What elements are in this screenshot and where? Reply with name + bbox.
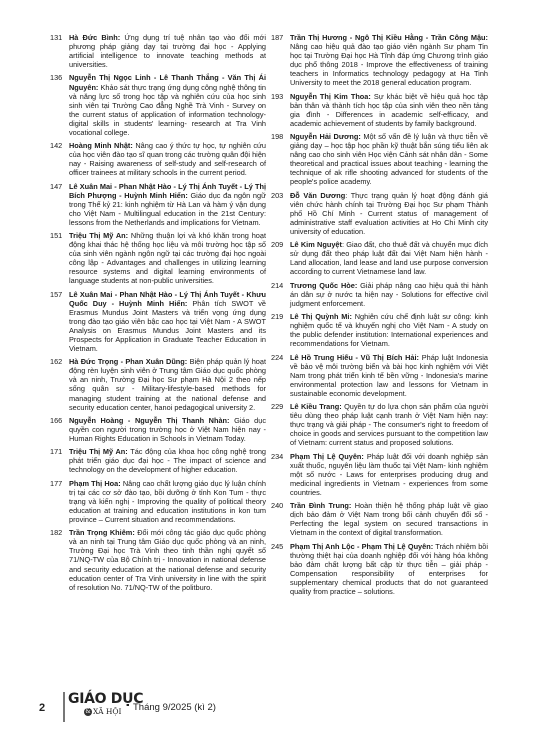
entry-title: Đổi mới công tác giáo dục quốc phòng và …	[69, 528, 266, 591]
toc-entry: 245Phạm Thị Anh Lộc - Phạm Thị Lệ Quyên:…	[271, 542, 488, 596]
entry-page-number: 214	[271, 281, 289, 290]
entry-title: Trách nhiệm bồi thường thiệt hại của doa…	[290, 542, 488, 596]
toc-entry: 240Trần Đình Trung: Hoàn thiện hệ thống …	[271, 501, 488, 537]
toc-entry: 131Hà Đức Bình: Ứng dụng trí tuệ nhân tạ…	[50, 33, 266, 69]
toc-entry: 219Lê Thị Quỳnh Mi: Nghiên cứu chế định …	[271, 312, 488, 348]
journal-page: 131Hà Đức Bình: Ứng dụng trí tuệ nhân tạ…	[0, 0, 534, 746]
journal-logo-subtitle: &XÃ HỘI	[84, 707, 122, 716]
journal-logo-title: GIÁO DỤC	[68, 691, 143, 707]
entry-page-number: 203	[271, 191, 289, 200]
entry-authors: Trương Quốc Hòe:	[290, 281, 357, 290]
toc-entry: 136Nguyễn Thị Ngọc Linh - Lê Thanh Thắng…	[50, 73, 266, 136]
toc-right-column: 187Trần Thị Hương - Ngô Thị Kiều Hằng - …	[271, 33, 488, 600]
entry-authors: Hà Đức Bình:	[69, 33, 120, 42]
entry-authors: Lê Kiều Trang:	[290, 402, 342, 411]
toc-entry: 142Hoàng Minh Nhật: Nâng cao ý thức tự h…	[50, 141, 266, 177]
entry-page-number: 209	[271, 240, 289, 249]
entry-page-number: 198	[271, 132, 289, 141]
page-number: 2	[39, 702, 45, 714]
toc-entry: 166Nguyễn Hoàng - Nguyễn Thị Thanh Nhàn:…	[50, 416, 266, 443]
entry-page-number: 136	[50, 73, 68, 82]
toc-entry: 214Trương Quốc Hòe: Giải pháp nâng cao h…	[271, 281, 488, 308]
entry-page-number: 162	[50, 357, 68, 366]
entry-authors: Nguyễn Hải Dương:	[290, 132, 361, 141]
entry-authors: Trần Đình Trung:	[290, 501, 351, 510]
entry-title: Biện pháp quản lý hoạt động rèn luyện si…	[69, 357, 266, 411]
entry-title: Phân tích SWOT về Erasmus Mundus Joint M…	[69, 299, 266, 353]
toc-entry: 234Phạm Thị Lệ Quyên: Pháp luật đối với …	[271, 452, 488, 497]
toc-entry: 229Lê Kiều Trang: Quyền tự do lựa chọn s…	[271, 402, 488, 447]
toc-left-column: 131Hà Đức Bình: Ứng dụng trí tuệ nhân tạ…	[50, 33, 266, 596]
entry-authors: Lê Thị Quỳnh Mi:	[290, 312, 352, 321]
toc-entry: 171Triệu Thị Mỹ An: Tác động của khoa họ…	[50, 447, 266, 474]
toc-entry: 198Nguyễn Hải Dương: Một số vấn đề lý lu…	[271, 132, 488, 186]
toc-entry: 187Trần Thị Hương - Ngô Thị Kiều Hằng - …	[271, 33, 488, 87]
entry-page-number: 240	[271, 501, 289, 510]
entry-authors: Hoàng Minh Nhật:	[69, 141, 133, 150]
ampersand-icon: &	[84, 708, 92, 716]
entry-authors: Đỗ Văn Dương	[290, 191, 345, 200]
toc-entry: 182Trần Trọng Khiêm: Đổi mới công tác gi…	[50, 528, 266, 591]
footer-divider	[63, 692, 65, 722]
entry-authors: Lê Kim Nguyệt	[290, 240, 342, 249]
entry-page-number: 234	[271, 452, 289, 461]
entry-page-number: 182	[50, 528, 68, 537]
entry-authors: Phạm Thị Lệ Quyên:	[290, 452, 364, 461]
entry-page-number: 224	[271, 353, 289, 362]
toc-entry: 157Lê Xuân Mai - Phan Nhật Hào - Lý Thị …	[50, 290, 266, 353]
entry-title: Những thuận lợi và khó khăn trong hoạt đ…	[69, 231, 266, 285]
entry-page-number: 245	[271, 542, 289, 551]
entry-authors: Triệu Thị Mỹ An:	[69, 447, 128, 456]
entry-title: Khảo sát thực trạng ứng dụng công nghệ t…	[69, 83, 266, 137]
entry-page-number: 187	[271, 33, 289, 42]
entry-authors: Phạm Thị Anh Lộc - Phạm Thị Lệ Quyên:	[290, 542, 433, 551]
entry-page-number: 151	[50, 231, 68, 240]
toc-entry: 193Nguyễn Thị Kim Thoa: Sự khác biệt về …	[271, 92, 488, 128]
entry-page-number: 157	[50, 290, 68, 299]
entry-authors: Nguyễn Hoàng - Nguyễn Thị Thanh Nhàn:	[69, 416, 229, 425]
toc-entry: 162Hà Đức Trọng - Phan Xuân Dũng: Biện p…	[50, 357, 266, 411]
entry-authors: Triệu Thị Mỹ An:	[69, 231, 128, 240]
toc-entry: 177Phạm Thị Hoa: Nâng cao chất lượng giá…	[50, 479, 266, 524]
entry-page-number: 131	[50, 33, 68, 42]
entry-page-number: 166	[50, 416, 68, 425]
entry-title: Một số vấn đề lý luận và thực tiễn về gi…	[290, 132, 488, 186]
entry-title: Nâng cao hiệu quả đào tạo giáo viên ngàn…	[290, 42, 488, 87]
entry-page-number: 177	[50, 479, 68, 488]
entry-authors: Nguyễn Thị Kim Thoa:	[290, 92, 371, 101]
entry-authors: Phạm Thị Hoa:	[69, 479, 121, 488]
entry-page-number: 147	[50, 182, 68, 191]
entry-authors: Trần Trọng Khiêm:	[69, 528, 135, 537]
toc-entry: 203Đỗ Văn Dương: Thực trạng quản lý hoạt…	[271, 191, 488, 236]
entry-page-number: 229	[271, 402, 289, 411]
entry-authors: Trần Thị Hương - Ngô Thị Kiều Hằng - Trầ…	[290, 33, 488, 42]
entry-page-number: 142	[50, 141, 68, 150]
toc-entry: 151Triệu Thị Mỹ An: Những thuận lợi và k…	[50, 231, 266, 285]
entry-page-number: 219	[271, 312, 289, 321]
issue-date: Tháng 9/2025 (kì 2)	[133, 702, 216, 713]
toc-entry: 209Lê Kim Nguyệt: Giao đất, cho thuê đất…	[271, 240, 488, 276]
toc-entry: 224Lê Hồ Trung Hiếu - Vũ Thị Bích Hải: P…	[271, 353, 488, 398]
entry-page-number: 193	[271, 92, 289, 101]
entry-authors: Hà Đức Trọng - Phan Xuân Dũng:	[69, 357, 187, 366]
page-footer: 2 GIÁO DỤC &XÃ HỘI Tháng 9/2025 (kì 2)	[0, 690, 534, 730]
logo-subtitle-text: XÃ HỘI	[93, 707, 122, 716]
entry-authors: Lê Hồ Trung Hiếu - Vũ Thị Bích Hải:	[290, 353, 419, 362]
toc-entry: 147Lê Xuân Mai - Phan Nhật Hào - Lý Thị …	[50, 182, 266, 227]
entry-page-number: 171	[50, 447, 68, 456]
